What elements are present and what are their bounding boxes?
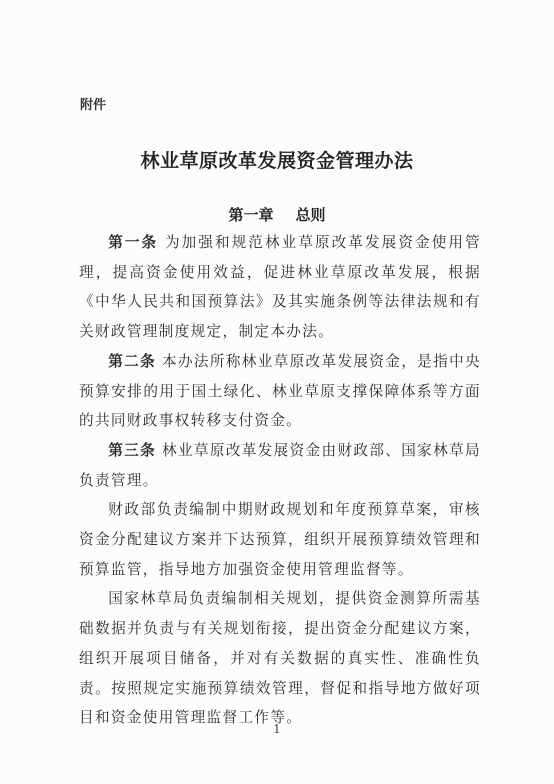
paragraph-article-1: 第一条 为加强和规范林业草原改革发展资金使用管理，提高资金使用效益，促进林业草原… [79, 228, 481, 347]
chapter-name: 总则 [296, 206, 326, 224]
paragraph-nfga-duties: 国家林草局负责编制相关规划，提供资金测算所需基础数据并负责与有关规划衔接，提出资… [79, 584, 481, 733]
chapter-heading: 第一章总则 [0, 204, 554, 225]
paragraph-text: 财政部负责编制中期财政规划和年度预算草案，审核资金分配建议方案并下达预算，组织开… [79, 501, 481, 577]
page-number: 1 [0, 722, 554, 736]
attachment-label: 附件 [80, 94, 106, 113]
article-label: 第三条 [108, 442, 156, 459]
paragraph-mof-duties: 财政部负责编制中期财政规划和年度预算草案，审核资金分配建议方案并下达预算，组织开… [79, 495, 481, 584]
paragraph-article-2: 第二条 本办法所称林业草原改革发展资金，是指中央预算安排的用于国土绿化、林业草原… [79, 347, 481, 436]
document-body: 第一条 为加强和规范林业草原改革发展资金使用管理，提高资金使用效益，促进林业草原… [79, 228, 481, 733]
paragraph-text: 国家林草局负责编制相关规划，提供资金测算所需基础数据并负责与有关规划衔接，提出资… [79, 590, 481, 726]
article-label: 第一条 [108, 234, 158, 251]
document-title: 林业草原改革发展资金管理办法 [0, 146, 554, 173]
paragraph-article-3: 第三条 林业草原改革发展资金由财政部、国家林草局负责管理。 [79, 436, 481, 495]
article-label: 第二条 [108, 353, 156, 370]
document-page: 附件 林业草原改革发展资金管理办法 第一章总则 第一条 为加强和规范林业草原改革… [0, 0, 554, 784]
chapter-number: 第一章 [228, 206, 273, 224]
